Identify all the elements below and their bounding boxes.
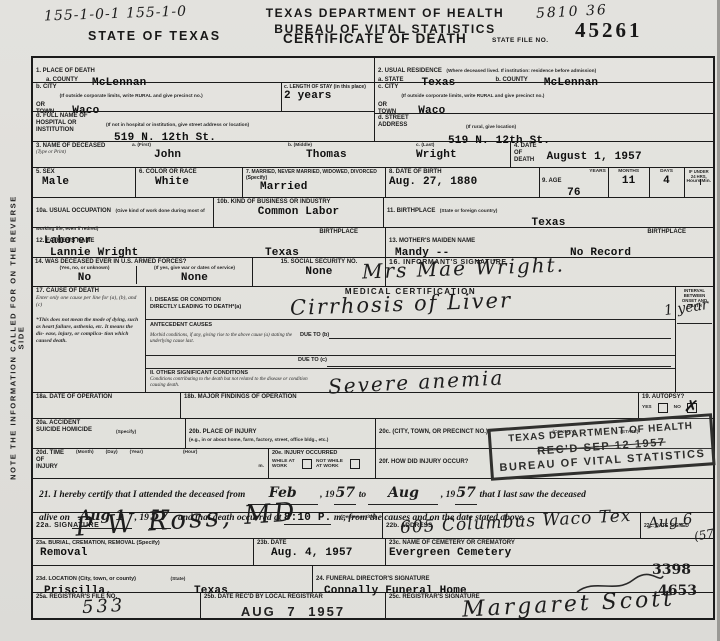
row-burial: 23a. BURIAL, CREMATION, REMOVAL (Specify… [33, 539, 713, 566]
month-label: (Month) [76, 450, 94, 472]
box-industry: 10b. KIND OF BUSINESS OR INDUSTRY Common… [214, 198, 384, 227]
day-label: (Day) [106, 450, 118, 472]
age-min-label: Min. [701, 179, 711, 185]
birthplace-label: 11. BIRTHPLACE [387, 208, 435, 214]
due-to-c-label: DUE TO (c) [298, 357, 327, 367]
usual-residence-title: 2. USUAL RESIDENCE [378, 68, 442, 74]
industry-label: 10b. KIND OF BUSINESS OR INDUSTRY [217, 199, 380, 206]
registrar-file-no-handwriting: 533 [81, 595, 125, 618]
age-hours-label: Hours [687, 179, 702, 185]
city-label: b. CITY [36, 84, 57, 91]
race-value: White [139, 176, 239, 188]
handwritten-file-codes: 155-1-0-1 155-1-0 [44, 4, 188, 25]
usual-residence-note: (Where deceased lived. If institution: r… [446, 69, 596, 74]
place-of-death-title: 1. PLACE OF DEATH [36, 68, 95, 74]
sex-value: Male [36, 176, 132, 188]
occupation-label: 10a. USUAL OCCUPATION [36, 208, 111, 214]
disease-leading-label: I. DISEASE OR CONDITIONDIRECTLY LEADING … [150, 297, 241, 318]
burial-value: Removal [36, 547, 250, 559]
box-accident-suicide: 20a. ACCIDENT SUICIDE HOMICIDE (Specify) [33, 419, 186, 448]
res-city-note: (If outside corporate limits, write RURA… [401, 94, 544, 99]
date-of-death-value: August 1, 1957 [547, 151, 642, 165]
box-cause-of-death-label: 17. CAUSE OF DEATH Enter only one cause … [33, 287, 146, 392]
armed-forces-label: 14. WAS DECEASED EVER IN U.S. ARMED FORC… [33, 258, 252, 266]
armed-forces-value2: None [137, 272, 252, 284]
mother-label: 13. MOTHER'S MAIDEN NAME [389, 238, 475, 244]
death-certificate-scan: 155-1-0-1 155-1-0 TEXAS DEPARTMENT OF HE… [0, 0, 720, 641]
age-months: 11 [611, 175, 647, 187]
date-of-operation-label: 18a. DATE OF OPERATION [36, 394, 177, 401]
certificate-title: CERTIFICATE OF DEATH [283, 32, 467, 46]
age-label: 9. AGE [542, 178, 561, 184]
row-parents: 12. FATHER'S NAME BIRTHPLACE Lannie Wrig… [33, 228, 713, 258]
box-burial-removal: 23a. BURIAL, CREMATION, REMOVAL (Specify… [33, 539, 254, 565]
age-years-label: YEARS [589, 169, 606, 175]
autopsy-yes-checkbox [658, 403, 668, 413]
res-county-value: McLennan [544, 77, 598, 89]
middle-value: Thomas [288, 149, 410, 161]
cemetery-label: 23c. NAME OF CEMETERY OR CREMATORY [389, 540, 710, 547]
name-middle: b. (Middle) Thomas [285, 142, 413, 167]
injury-occurred-label: 20e. INJURY OCCURRED [272, 450, 372, 457]
burial-label: 23a. BURIAL, CREMATION, REMOVAL (Specify… [36, 540, 250, 547]
age-days: 4 [652, 175, 682, 187]
accident-label: 20a. ACCIDENT SUICIDE HOMICIDE [36, 420, 96, 434]
cause-footnote: *This does not mean the mode of dying, s… [36, 317, 142, 345]
street-label: d. STREET ADDRESS [378, 115, 426, 129]
state-file-number: 45261 [575, 20, 643, 41]
birthplace-note: (State or foreign country) [440, 209, 498, 214]
autopsy-no-checkbox: ✗ [687, 403, 697, 413]
date-of-death-label: 4. DATEOFDEATH [514, 143, 537, 165]
box-father: 12. FATHER'S NAME BIRTHPLACE Lannie Wrig… [33, 228, 386, 257]
dob-value: Aug. 27, 1880 [389, 176, 536, 188]
funeral-director-label: 24. FUNERAL DIRECTOR'S SIGNATURE [316, 576, 429, 582]
marital-label: 7. MARRIED, NEVER MARRIED, WIDOWED, DIVO… [246, 169, 382, 181]
box-injury-occurred: 20e. INJURY OCCURRED WHILE AT WORK NOT W… [269, 449, 376, 478]
city-note: (If outside corporate limits, write RURA… [60, 94, 203, 99]
city-value: Waco [72, 105, 99, 117]
antecedent-label: ANTECEDENT CAUSES [150, 322, 300, 329]
box-major-findings: 18b. MAJOR FINDINGS OF OPERATION [181, 393, 639, 418]
name-first: a. (First) John [129, 142, 285, 167]
meridiem-label: m. [258, 464, 264, 470]
father-label: 12. FATHER'S NAME [36, 238, 94, 244]
box-sex: 5. SEX Male [33, 168, 136, 197]
not-while-at-work-checkbox [350, 459, 360, 469]
while-at-work-checkbox [302, 459, 312, 469]
time-of-injury-label: 20d. TIMEOFINJURY [36, 450, 64, 472]
box-usual-residence: 2. USUAL RESIDENCE (Where deceased lived… [375, 58, 713, 141]
father-birthplace-label: BIRTHPLACE [319, 229, 358, 236]
state-file-no-label: STATE FILE NO. [492, 38, 549, 45]
dept-line1: TEXAS DEPARTMENT OF HEALTH [265, 6, 505, 22]
box-place-of-death: 1. PLACE OF DEATH a. COUNTY McLennan b. … [33, 58, 375, 141]
while-at-work-label: WHILE AT WORK [272, 459, 298, 471]
year-label: (Year) [130, 450, 143, 472]
mother-birthplace-label: BIRTHPLACE [647, 229, 686, 236]
certify-to-month: Aug [368, 482, 438, 505]
not-while-at-work-label: NOT WHILE AT WORK [316, 459, 346, 471]
row-place-residence: 1. PLACE OF DEATH a. COUNTY McLennan b. … [33, 58, 713, 142]
place-of-injury-note: (e.g., in or about home, farm, factory, … [189, 438, 372, 444]
name-last: c. (Last) Wright [413, 142, 511, 167]
city-town-label: ORTOWN [36, 102, 54, 117]
certify-to-year: 57 [455, 482, 477, 505]
length-of-stay-value: 2 years [284, 90, 372, 102]
box-birthplace: 11. BIRTHPLACE (State or foreign country… [384, 198, 713, 227]
location-state-label: (State) [170, 577, 185, 582]
row-vitals: 5. SEX Male 6. COLOR OR RACE White 7. MA… [33, 168, 713, 198]
box-burial-location: 23d. LOCATION (City, town, or county) (S… [33, 566, 313, 592]
box-armed-forces: 14. WAS DECEASED EVER IN U.S. ARMED FORC… [33, 258, 253, 286]
box-burial-date: 23b. DATE Aug. 4, 1957 [254, 539, 386, 565]
last-value: Wright [416, 149, 507, 161]
street-note: (If rural, give location) [466, 125, 516, 130]
degree-title-note: (Degree or title) [341, 515, 376, 521]
box-age: 9. AGE YEARS 76 MONTHS 11 DAYS 4 IF UNDE… [540, 168, 713, 197]
hospital-note: (If not in hospital or institution, give… [106, 123, 249, 128]
armed-forces-value1: No [33, 272, 136, 284]
cause-instruction: Enter only one cause per line for (a), (… [36, 295, 142, 309]
registrar-date-label: 25b. DATE REC'D BY LOCAL REGISTRAR [204, 594, 382, 601]
box-date-of-birth: 8. DATE OF BIRTH Aug. 27, 1880 [386, 168, 540, 197]
state-of-texas: STATE OF TEXAS [88, 30, 221, 43]
certify-from-year: 57 [334, 482, 356, 505]
name-of-deceased-label: 3. NAME OF DECEASED (Type or Print) [33, 142, 129, 167]
major-findings-label: 18b. MAJOR FINDINGS OF OPERATION [184, 394, 635, 401]
box-occupation: 10a. USUAL OCCUPATION (Give kind of work… [33, 198, 214, 227]
age-under24-label: IF UNDER 24 HRS. [687, 169, 711, 179]
how-injury-label: 20f. HOW DID INJURY OCCUR? [379, 459, 468, 465]
row-operation: 18a. DATE OF OPERATION 18b. MAJOR FINDIN… [33, 393, 713, 419]
place-of-injury-label: 20b. PLACE OF INJURY [189, 429, 256, 435]
box-place-of-injury: 20b. PLACE OF INJURY (e.g., in or about … [186, 419, 376, 448]
box-date-of-death: 4. DATEOFDEATH August 1, 1957 [511, 142, 713, 167]
box-time-of-injury: 20d. TIMEOFINJURY (Month) (Day) (Year) (… [33, 449, 269, 478]
row-occupation: 10a. USUAL OCCUPATION (Give kind of work… [33, 198, 713, 228]
autopsy-yes-label: YES [642, 405, 652, 411]
autopsy-no-label: NO [674, 405, 681, 411]
autopsy-label: 19. AUTOPSY? [642, 394, 710, 401]
cemetery-value: Evergreen Cemetery [389, 547, 710, 559]
race-label: 6. COLOR OR RACE [139, 169, 239, 176]
burial-date-value: Aug. 4, 1957 [257, 547, 382, 559]
type-or-print-note: (Type or Print) [36, 150, 126, 156]
location-label: 23d. LOCATION (City, town, or county) [36, 576, 136, 582]
other-significant-note: Conditions contributing to the death but… [150, 377, 310, 390]
sex-label: 5. SEX [36, 169, 132, 176]
due-to-b-label: DUE TO (b) [300, 332, 329, 339]
box-date-of-operation: 18a. DATE OF OPERATION [33, 393, 181, 418]
box-color-race: 6. COLOR OR RACE White [136, 168, 243, 197]
res-city-town-label: ORTOWN [378, 102, 396, 117]
injury-city-label: 20c. (CITY, TOWN, OR PRECINCT NO.) [379, 429, 488, 435]
marital-value: Married [246, 181, 382, 193]
local-registrar-date-stamp: AUG 7 1957 [204, 605, 382, 618]
industry-value: Common Labor [217, 206, 380, 218]
row-name: 3. NAME OF DECEASED (Type or Print) a. (… [33, 142, 713, 168]
accident-note: (Specify) [116, 430, 136, 435]
dob-label: 8. DATE OF BIRTH [389, 169, 536, 176]
antecedent-note: Morbid conditions, if any, giving rise t… [150, 333, 300, 346]
hour-label: (Hour) [183, 450, 197, 472]
first-value: John [132, 149, 282, 161]
box-registrar-date: 25b. DATE REC'D BY LOCAL REGISTRAR AUG 7… [201, 593, 386, 619]
reverse-side-note: NOTE THE INFORMATION CALLED FOR ON THE R… [10, 193, 25, 483]
box-marital: 7. MARRIED, NEVER MARRIED, WIDOWED, DIVO… [243, 168, 386, 197]
burial-date-label: 23b. DATE [257, 540, 382, 547]
